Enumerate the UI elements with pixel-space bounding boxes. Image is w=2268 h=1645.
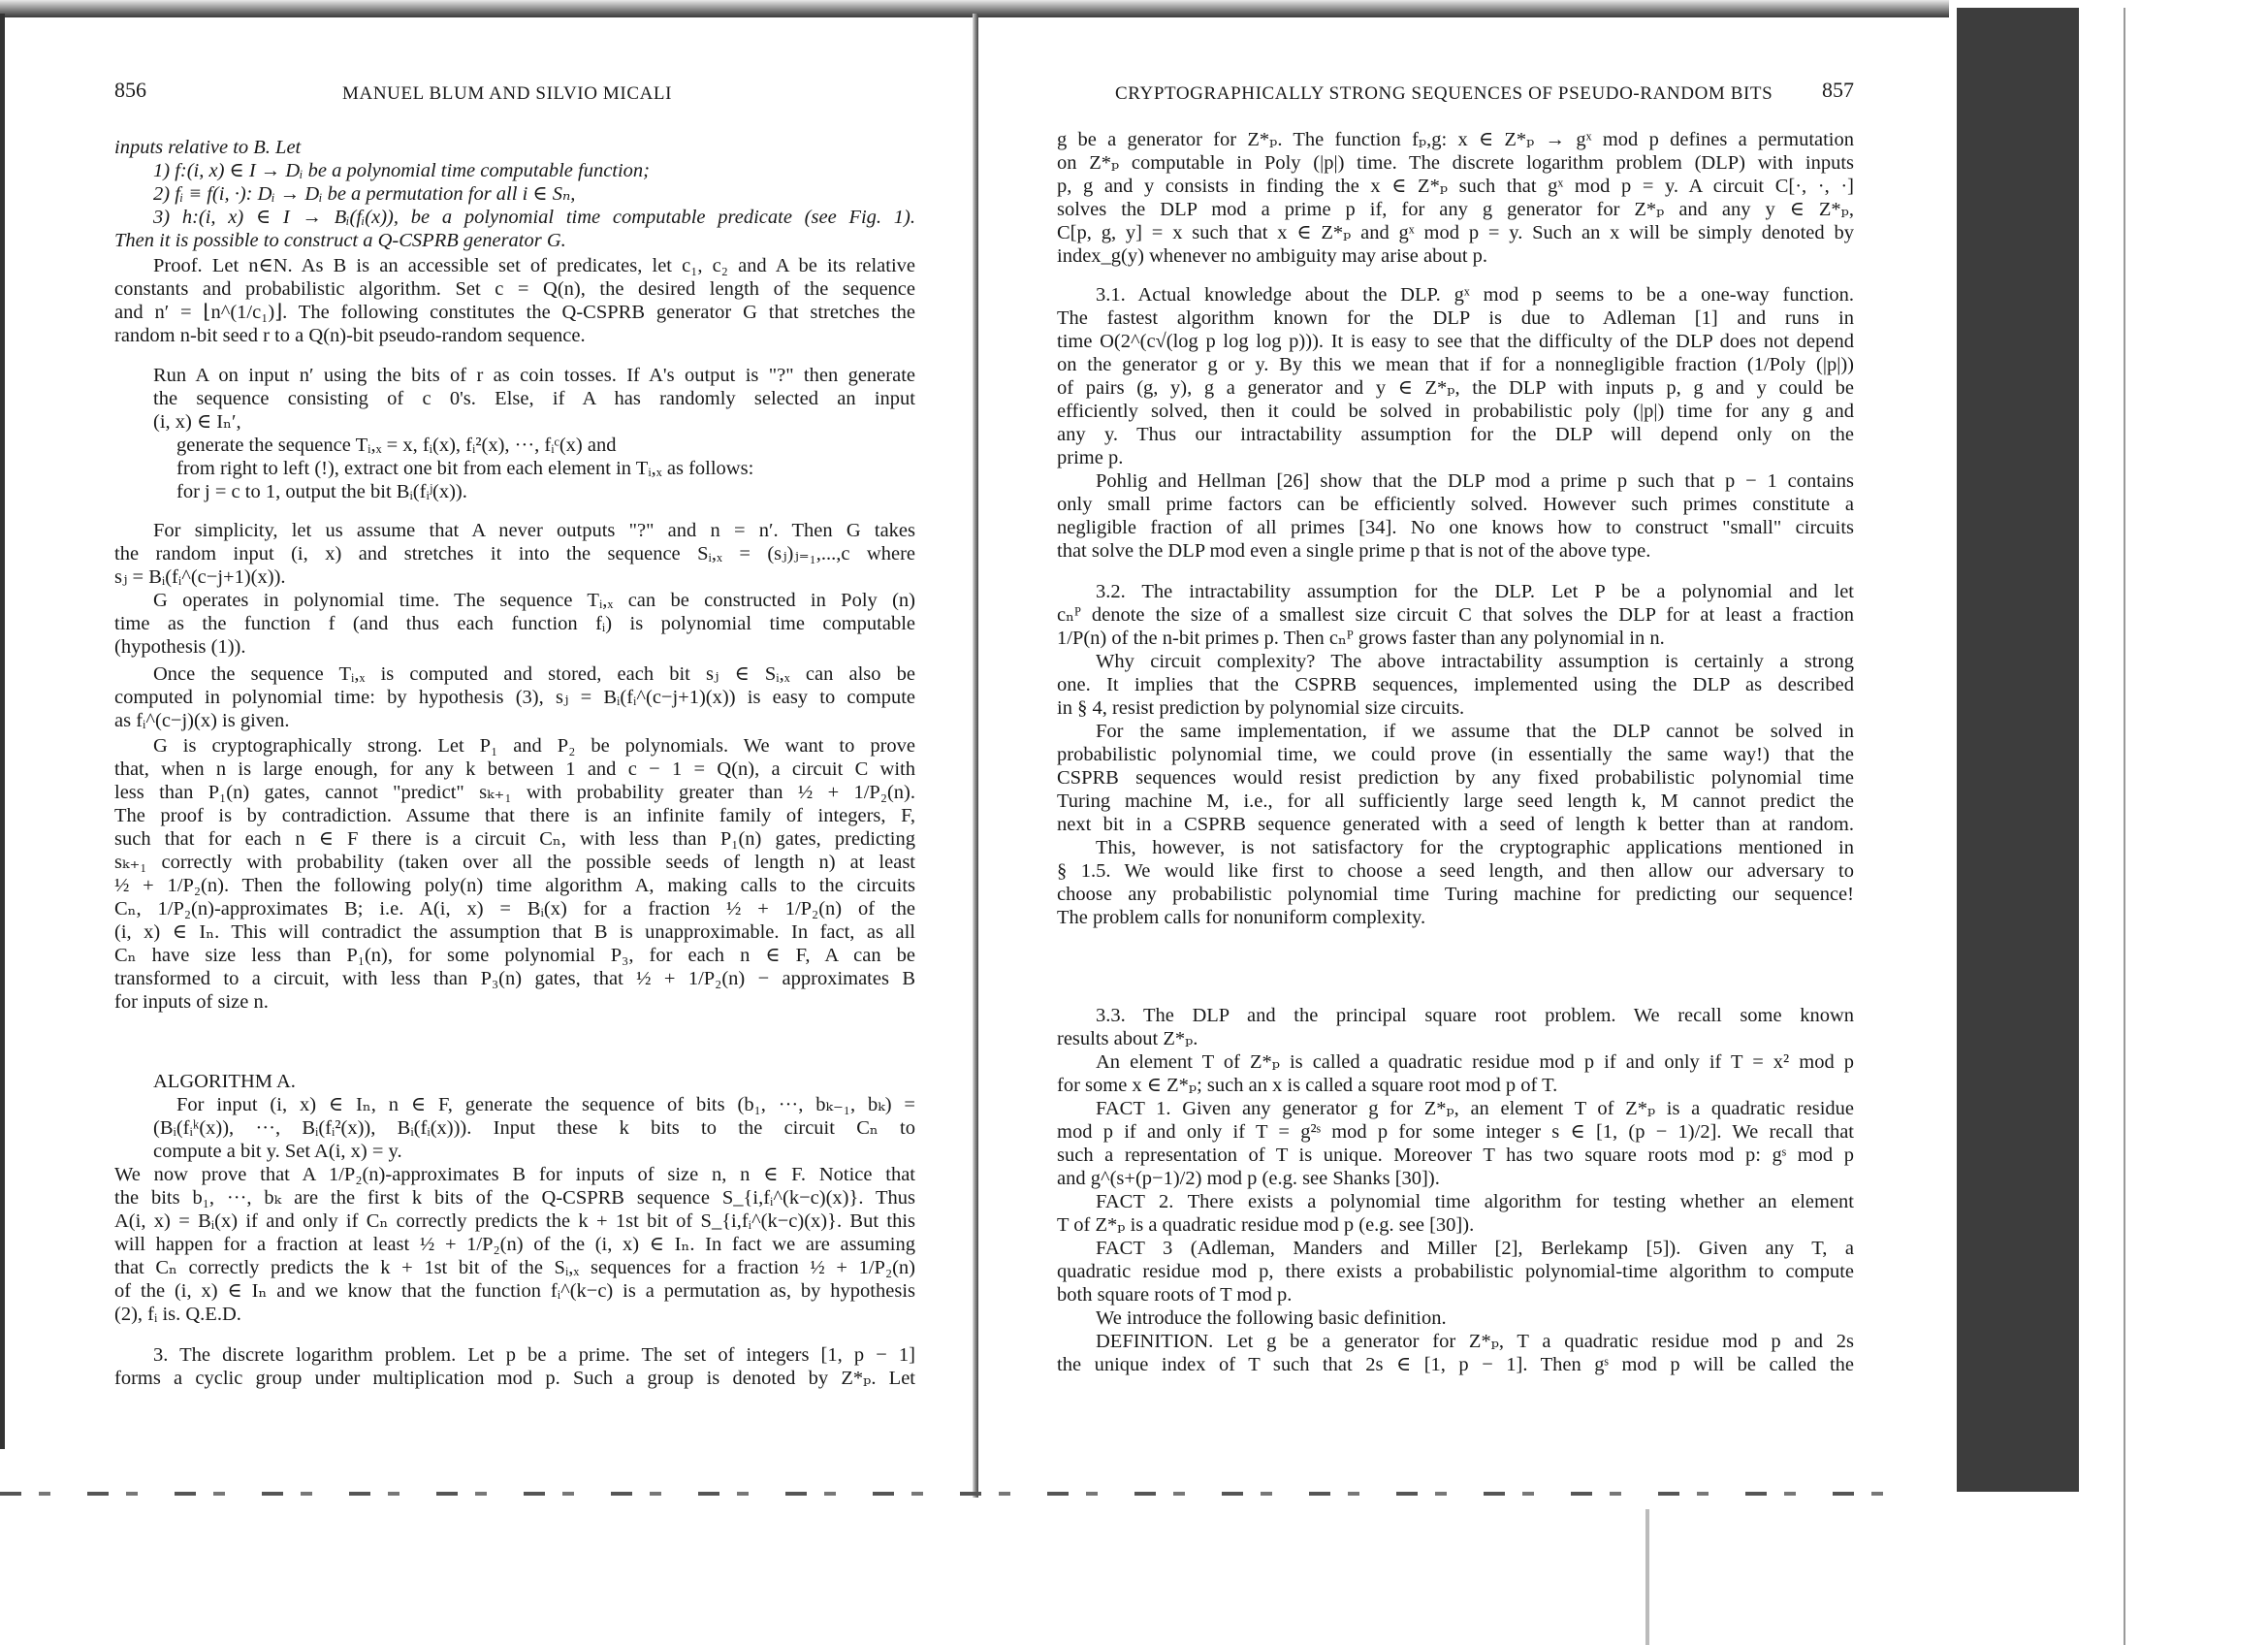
text-line: mod p if and only if T = g²ˢ mod p for s… xyxy=(1057,1120,1854,1144)
text-line: efficiently solved, then it could be sol… xyxy=(1057,400,1854,423)
text-line: G is cryptographically strong. Let P₁ an… xyxy=(153,734,915,758)
text-line: § 1.5. We would like first to choose a s… xyxy=(1057,859,1854,883)
text-line: of pairs (g, y), g a generator and y ∈ Z… xyxy=(1057,376,1854,400)
text-line: time O(2^(c√(log p log log p))). It is e… xyxy=(1057,330,1854,353)
text-line: 3.2. The intractability assumption for t… xyxy=(1096,580,1854,603)
text-line: ½ + 1/P₂(n). Then the following poly(n) … xyxy=(114,874,915,897)
text-line: cₙᴾ denote the size of a smallest size c… xyxy=(1057,603,1854,627)
text-line: 3.3. The DLP and the principal square ro… xyxy=(1096,1004,1854,1027)
text-line: such that for each n ∈ F there is a circ… xyxy=(114,827,915,851)
scan-bottom-edge xyxy=(0,1492,1886,1496)
text-line: time as the function f (and thus each fu… xyxy=(114,612,915,635)
text-line: ALGORITHM A. xyxy=(153,1070,915,1093)
text-line: Proof. Let n∈N. As B is an accessible se… xyxy=(153,254,915,277)
text-line: 3) h:(i, x) ∈ I → Bᵢ(fᵢ(x)), be a polyno… xyxy=(153,206,915,229)
text-line: 1) f:(i, x) ∈ I → Dᵢ be a polynomial tim… xyxy=(153,159,915,182)
text-line: For the same implementation, if we assum… xyxy=(1096,720,1854,743)
text-line: 2) fᵢ ≡ f(i, ·): Dᵢ → Dᵢ be a permutatio… xyxy=(153,182,915,206)
text-line: For simplicity, let us assume that A nev… xyxy=(153,519,915,542)
text-line: Why circuit complexity? The above intrac… xyxy=(1096,650,1854,673)
scan-left-edge xyxy=(0,14,5,1449)
scan-artifact-line xyxy=(1645,1509,1649,1645)
text-line: that Cₙ correctly predicts the k + 1st b… xyxy=(114,1256,915,1279)
book-gutter xyxy=(973,14,978,1498)
text-line: (2), fᵢ is. Q.E.D. xyxy=(114,1303,915,1326)
text-line: from right to left (!), extract one bit … xyxy=(176,457,915,480)
text-line: Cₙ, 1/P₂(n)-approximates B; i.e. A(i, x)… xyxy=(114,897,915,920)
text-line: The proof is by contradiction. Assume th… xyxy=(114,804,915,827)
text-line: index_g(y) whenever no ambiguity may ari… xyxy=(1057,244,1854,268)
text-line: inputs relative to B. Let xyxy=(114,136,915,159)
text-line: of the (i, x) ∈ Iₙ and we know that the … xyxy=(114,1279,915,1303)
text-line: forms a cyclic group under multiplicatio… xyxy=(114,1367,915,1390)
text-line: less than P₁(n) gates, cannot "predict" … xyxy=(114,781,915,804)
text-line: probabilistic polynomial time, we could … xyxy=(1057,743,1854,766)
text-line: An element T of Z*ₚ is called a quadrati… xyxy=(1096,1050,1854,1074)
text-line: We now prove that A 1/P₂(n)-approximates… xyxy=(114,1163,915,1186)
text-line: and n′ = ⌊n^(1/c₁)⌋. The following const… xyxy=(114,301,915,324)
text-line: sⱼ = Bᵢ(fᵢ^(c−j+1)(x)). xyxy=(114,565,915,589)
text-line: 3. The discrete logarithm problem. Let p… xyxy=(153,1343,915,1367)
text-line: negligible fraction of all primes [34]. … xyxy=(1057,516,1854,539)
text-line: computed in polynomial time: by hypothes… xyxy=(114,686,915,709)
text-line: the sequence consisting of c 0's. Else, … xyxy=(153,387,915,410)
text-line: (Bᵢ(fᵢᵏ(x)), ···, Bᵢ(fᵢ²(x)), Bᵢ(fᵢ(x)))… xyxy=(153,1116,915,1140)
text-line: generate the sequence Tᵢ,ₓ = x, fᵢ(x), f… xyxy=(176,434,915,457)
text-line: Turing machine M, i.e., for all sufficie… xyxy=(1057,790,1854,813)
text-line: A(i, x) = Bᵢ(x) if and only if Cₙ correc… xyxy=(114,1210,915,1233)
text-line: results about Z*ₚ. xyxy=(1057,1027,1854,1050)
text-line: Run A on input n′ using the bits of r as… xyxy=(153,364,915,387)
text-line: both square roots of T mod p. xyxy=(1057,1283,1854,1306)
text-line: on Z*ₚ computable in Poly (|p|) time. Th… xyxy=(1057,151,1854,175)
text-line: will happen for a fraction at least ½ + … xyxy=(114,1233,915,1256)
text-line: transformed to a circuit, with less than… xyxy=(114,967,915,990)
text-line: quadratic residue mod p, there exists a … xyxy=(1057,1260,1854,1283)
text-line: for j = c to 1, output the bit Bᵢ(fᵢʲ(x)… xyxy=(176,480,915,503)
text-line: FACT 3 (Adleman, Manders and Miller [2],… xyxy=(1096,1237,1854,1260)
text-line: DEFINITION. Let g be a generator for Z*ₚ… xyxy=(1096,1330,1854,1353)
text-line: Cₙ have size less than P₁(n), for some p… xyxy=(114,944,915,967)
text-line: The fastest algorithm known for the DLP … xyxy=(1057,306,1854,330)
running-head: MANUEL BLUM AND SILVIO MICALI xyxy=(342,83,672,105)
text-line: for inputs of size n. xyxy=(114,990,915,1014)
text-line: choose any probabilistic polynomial time… xyxy=(1057,883,1854,906)
text-line: (hypothesis (1)). xyxy=(114,635,915,659)
text-line: Pohlig and Hellman [26] show that the DL… xyxy=(1096,469,1854,493)
text-line: For input (i, x) ∈ Iₙ, n ∈ F, generate t… xyxy=(176,1093,915,1116)
text-line: the random input (i, x) and stretches it… xyxy=(114,542,915,565)
text-line: any y. Thus our intractability assumptio… xyxy=(1057,423,1854,446)
text-line: the bits b₁, ···, bₖ are the first k bit… xyxy=(114,1186,915,1210)
text-line: Then it is possible to construct a Q-CSP… xyxy=(114,229,915,252)
text-line: g be a generator for Z*ₚ. The function f… xyxy=(1057,128,1854,151)
text-line: on the generator g or y. By this we mean… xyxy=(1057,353,1854,376)
text-line: 3.1. Actual knowledge about the DLP. gˣ … xyxy=(1096,283,1854,306)
text-line: (i, x) ∈ Iₙ′, xyxy=(153,410,915,434)
text-line: solves the DLP mod a prime p if, for any… xyxy=(1057,198,1854,221)
text-line: The problem calls for nonuniform complex… xyxy=(1057,906,1854,929)
text-line: FACT 1. Given any generator g for Z*ₚ, a… xyxy=(1096,1097,1854,1120)
text-line: 1/P(n) of the n-bit primes p. Then cₙᴾ g… xyxy=(1057,627,1854,650)
text-line: G operates in polynomial time. The seque… xyxy=(153,589,915,612)
text-line: the unique index of T such that 2s ∈ [1,… xyxy=(1057,1353,1854,1376)
text-line: We introduce the following basic definit… xyxy=(1096,1306,1854,1330)
text-line: that, when n is large enough, for any k … xyxy=(114,758,915,781)
text-line: that solve the DLP mod even a single pri… xyxy=(1057,539,1854,563)
scan-right-edge xyxy=(2124,8,2125,1645)
text-line: p, g and y consists in finding the x ∈ Z… xyxy=(1057,175,1854,198)
text-line: This, however, is not satisfactory for t… xyxy=(1096,836,1854,859)
text-line: Once the sequence Tᵢ,ₓ is computed and s… xyxy=(153,662,915,686)
text-line: (i, x) ∈ Iₙ. This will contradict the as… xyxy=(114,920,915,944)
running-head: CRYPTOGRAPHICALLY STRONG SEQUENCES OF PS… xyxy=(1115,83,1773,105)
text-line: T of Z*ₚ is a quadratic residue mod p (e… xyxy=(1057,1213,1854,1237)
text-line: FACT 2. There exists a polynomial time a… xyxy=(1096,1190,1854,1213)
text-line: random n-bit seed r to a Q(n)-bit pseudo… xyxy=(114,324,915,347)
text-line: sₖ₊₁ correctly with probability (taken o… xyxy=(114,851,915,874)
page-number: 857 xyxy=(1822,78,1854,103)
text-line: in § 4, resist prediction by polynomial … xyxy=(1057,696,1854,720)
scan-dark-margin xyxy=(1957,8,2079,1492)
text-line: only small prime factors can be efficien… xyxy=(1057,493,1854,516)
text-line: prime p. xyxy=(1057,446,1854,469)
text-line: as fᵢ^(c−j)(x) is given. xyxy=(114,709,915,732)
text-line: next bit in a CSPRB sequence generated w… xyxy=(1057,813,1854,836)
text-line: and g^(s+(p−1)/2) mod p (e.g. see Shanks… xyxy=(1057,1167,1854,1190)
text-line: such a representation of T is unique. Mo… xyxy=(1057,1144,1854,1167)
text-line: for some x ∈ Z*ₚ; such an x is called a … xyxy=(1057,1074,1854,1097)
text-line: one. It implies that the CSPRB sequences… xyxy=(1057,673,1854,696)
text-line: CSPRB sequences would resist prediction … xyxy=(1057,766,1854,790)
text-line: C[p, g, y] = x such that x ∈ Z*ₚ and gˣ … xyxy=(1057,221,1854,244)
text-line: compute a bit y. Set A(i, x) = y. xyxy=(153,1140,915,1163)
page-number: 856 xyxy=(114,78,146,103)
text-line: constants and probabilistic algorithm. S… xyxy=(114,277,915,301)
